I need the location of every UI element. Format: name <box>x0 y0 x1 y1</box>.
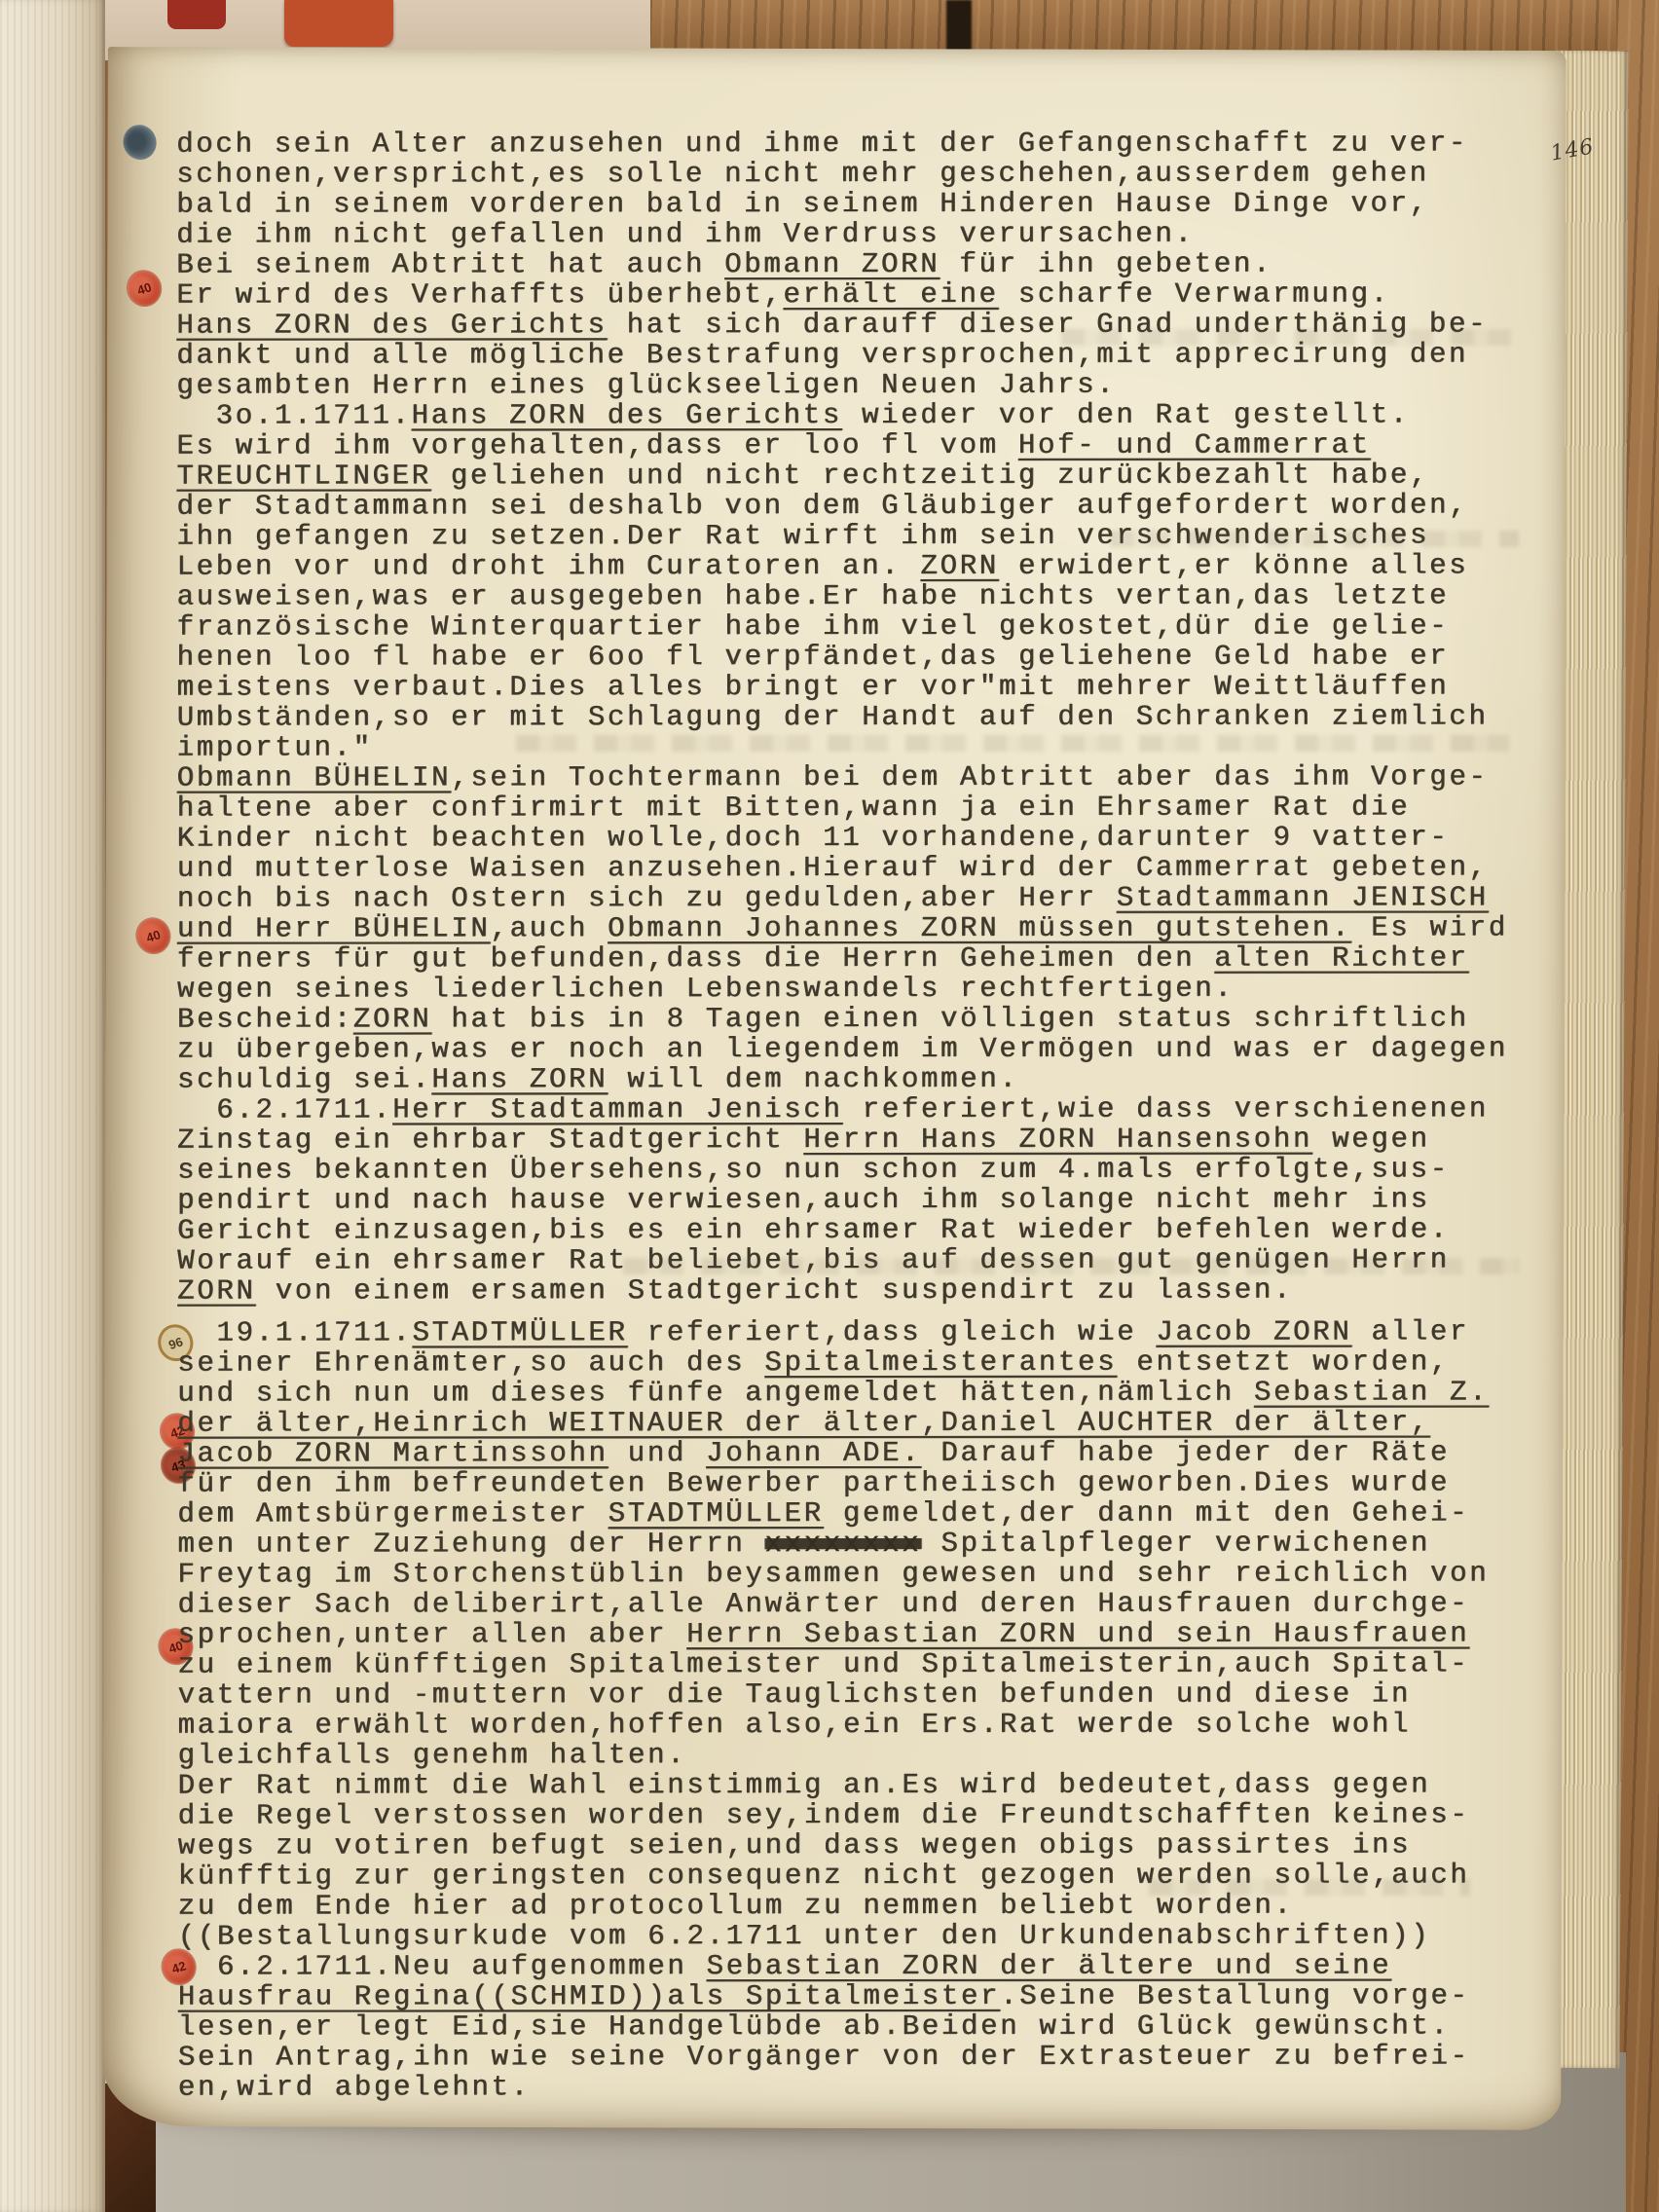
text-line: Bescheid:ZORN hat bis in 8 Tagen einen v… <box>177 1003 1508 1034</box>
text-line: henen loo fl habe er 6oo fl verpfändet,d… <box>177 641 1508 672</box>
margin-stamp: 40 <box>123 267 165 311</box>
text-segment: erwidert,er könne alles <box>999 549 1468 581</box>
text-segment: vattern und -muttern vor die Tauglichste… <box>177 1678 1411 1712</box>
text-segment: Bescheid: <box>177 1003 353 1035</box>
text-segment: gesambten Herrn eines glückseeligen Neue… <box>176 369 1116 402</box>
text-segment: Hof- und Cammerrat <box>1018 429 1371 461</box>
text-line: für den ihm befreundeten Bewerber parthe… <box>177 1467 1508 1498</box>
text-segment: für den ihm befreundeten Bewerber parthe… <box>177 1466 1450 1499</box>
text-segment: der älter,Heinrich WEITNAUER der älter,D… <box>177 1406 1430 1439</box>
text-segment: zu dem Ende hier ad protocollum zu nemme… <box>178 1890 1294 1923</box>
text-line: wegen seines liederlichen Lebenswandels … <box>177 973 1508 1004</box>
text-segment: Obmann BÜHELIN <box>177 761 451 793</box>
text-line: 6.2.1711.Herr Stadtamman Jenisch referie… <box>177 1093 1508 1124</box>
text-segment: referiert,dass gleich wie <box>627 1316 1156 1348</box>
text-segment: 3o.1.1711. <box>176 399 411 431</box>
text-segment: xxxxxxxx <box>764 1528 921 1560</box>
ink-bleed-through <box>1149 1879 1470 1896</box>
typewritten-text: doch sein Alter anzusehen und ihme mit d… <box>176 128 1509 2102</box>
text-line: schuldig sei.Hans ZORN will dem nachkomm… <box>177 1063 1508 1094</box>
text-segment: bald in seinem vorderen bald in seinem H… <box>176 187 1429 220</box>
text-segment: ZORN <box>920 550 998 582</box>
ink-bleed-through <box>1110 531 1519 547</box>
text-line: Er wird des Verhaffts überhebt,erhält ei… <box>176 278 1507 310</box>
text-segment: noch bis nach Ostern sich zu gedulden,ab… <box>177 882 1117 915</box>
text-line: Jacob ZORN Martinssohn und Johann ADE. D… <box>177 1437 1508 1468</box>
text-line: zu übergeben,was er noch an liegendem im… <box>177 1033 1508 1064</box>
text-segment: Leben vor und droht ihm Curatoren an. <box>176 550 920 583</box>
photo-of-archival-book-page: { "page_number": "146", "margin_stamps":… <box>0 0 1659 2212</box>
text-segment: pendirt und nach hause verwiesen,auch ih… <box>177 1183 1430 1216</box>
text-segment: Sein Antrag,ihn wie seine Vorgänger von … <box>178 2040 1470 2073</box>
text-segment: und sich nun um dieses fünfe angemeldet … <box>177 1377 1254 1410</box>
text-line: Der Rat nimmt die Wahl einstimmig an.Es … <box>178 1769 1509 1800</box>
text-line: vattern und -muttern vor die Tauglichste… <box>177 1678 1508 1710</box>
text-segment: meistens verbaut.Dies alles bringt er vo… <box>177 670 1450 703</box>
left-page-stack-edge <box>0 0 105 2212</box>
text-line: Zinstag ein ehrbar Stadtgericht Herrn Ha… <box>177 1124 1508 1155</box>
text-line: doch sein Alter anzusehen und ihme mit d… <box>176 128 1507 159</box>
text-line: sprochen,unter allen aber Herrn Sebastia… <box>177 1618 1508 1649</box>
text-segment: ZORN <box>353 1003 431 1035</box>
text-segment: zu einem künfftigen Spitalmeister und Sp… <box>177 1647 1469 1680</box>
text-segment: ferners für gut befunden,dass die Herrn … <box>177 942 1214 976</box>
text-line: maiora erwählt worden,hoffen also,ein Er… <box>177 1709 1508 1740</box>
text-segment: Gericht einzusagen,bis es ein ehrsamer R… <box>177 1213 1450 1246</box>
text-segment: Hans ZORN des Gerichts <box>412 399 842 431</box>
text-segment: ,auch <box>490 912 608 944</box>
text-line: französische Winterquartier habe ihm vie… <box>176 610 1507 642</box>
text-line: Freytag im Storchenstüblin beysammen gew… <box>177 1558 1508 1589</box>
text-line: Bei seinem Abtritt hat auch Obmann ZORN … <box>176 248 1507 279</box>
text-segment: schuldig sei. <box>177 1063 431 1095</box>
ink-bleed-through <box>516 735 1509 752</box>
text-line: seines bekannten Übersehens,so nun schon… <box>177 1154 1508 1185</box>
text-segment: hat bis in 8 Tagen einen völligen status… <box>431 1002 1468 1035</box>
text-segment: für ihn gebeten. <box>940 248 1272 280</box>
text-segment: Spitalmeisterantes <box>764 1346 1117 1379</box>
text-segment: ,sein Tochtermann bei dem Abtritt aber d… <box>451 760 1488 793</box>
text-line: der Stadtammann sei deshalb von dem Gläu… <box>176 490 1507 521</box>
text-segment: zu übergeben,was er noch an liegendem im… <box>177 1032 1508 1065</box>
text-segment: will dem nachkommen. <box>608 1063 1018 1095</box>
text-line: meistens verbaut.Dies alles bringt er vo… <box>177 671 1508 702</box>
text-segment: Bei seinem Abtritt hat auch <box>176 248 724 280</box>
typewritten-page: 40 40 96 42 43 40 42 146 doch sein Alter… <box>102 47 1567 2130</box>
text-segment: Er wird des Verhaffts überhebt, <box>176 278 783 312</box>
text-segment: die ihm nicht gefallen und ihm Verdruss … <box>176 218 1194 251</box>
text-segment: Es wird ihm vorgehalten,dass er loo fl v… <box>176 429 1017 462</box>
text-segment: Der Rat nimmt die Wahl einstimmig an.Es … <box>178 1768 1431 1801</box>
text-segment: .Seine Bestallung vorge- <box>1000 1979 1469 2011</box>
text-segment: ZORN <box>177 1275 255 1308</box>
text-segment: Jacob ZORN <box>1156 1316 1351 1348</box>
text-line: TREUCHTLINGER geliehen und nicht rechtze… <box>176 460 1507 491</box>
text-segment: von einem ersamen Stadtgericht suspendir… <box>255 1274 1292 1308</box>
text-segment: Herrn Sebastian ZORN und sein Hausfrauen <box>686 1617 1469 1650</box>
text-segment: und Herr BÜHELIN <box>177 912 491 944</box>
text-line: ferners für gut befunden,dass die Herrn … <box>177 942 1508 974</box>
text-segment: 19.1.1711. <box>177 1316 412 1348</box>
text-line: ausweisen,was er ausgegeben habe.Er habe… <box>176 580 1507 611</box>
red-book-cover-tab <box>167 0 226 29</box>
text-segment: Sebastian ZORN der ältere und seine <box>706 1950 1391 1983</box>
text-segment: wegen seines liederlichen Lebenswandels … <box>177 973 1235 1006</box>
text-line: en,wird abgelehnt. <box>178 2071 1509 2102</box>
text-segment: aller <box>1351 1315 1469 1347</box>
text-segment: doch sein Alter anzusehen und ihme mit d… <box>176 127 1468 160</box>
text-line: gleichfalls genehm halten. <box>177 1739 1508 1770</box>
text-segment: geliehen und nicht rechtzeitig zurückbez… <box>431 459 1429 492</box>
text-line: gesambten Herrn eines glückseeligen Neue… <box>176 369 1507 400</box>
margin-stamp: 40 <box>132 914 174 958</box>
text-line: Sein Antrag,ihn wie seine Vorgänger von … <box>178 2041 1509 2072</box>
text-segment: importun." <box>177 731 373 763</box>
text-line: Hausfrau Regina((SCHMID))als Spitalmeist… <box>178 1980 1509 2011</box>
text-line: Gericht einzusagen,bis es ein ehrsamer R… <box>177 1214 1508 1245</box>
text-line: 6.2.1711.Neu aufgenommen Sebastian ZORN … <box>178 1950 1509 1981</box>
margin-stamp-seal <box>119 121 161 165</box>
text-segment: Umbständen,so er mit Schlagung der Handt… <box>177 700 1489 733</box>
text-segment: ausweisen,was er ausgegeben habe.Er habe… <box>176 579 1449 612</box>
text-line: Leben vor und droht ihm Curatoren an. ZO… <box>176 550 1507 581</box>
text-segment: Herrn Hans ZORN Hansensohn <box>803 1124 1312 1156</box>
table-board-gap <box>946 0 972 56</box>
text-segment: Hans ZORN <box>431 1063 608 1095</box>
text-segment: maiora erwählt worden,hoffen also,ein Er… <box>177 1709 1411 1742</box>
text-segment: Johann ADE. <box>706 1437 921 1469</box>
text-segment: Kinder nicht beachten wolle,doch 11 vorh… <box>177 821 1450 854</box>
text-segment: seines bekannten Übersehens,so nun schon… <box>177 1153 1450 1186</box>
text-line: seiner Ehrenämter,so auch des Spitalmeis… <box>177 1346 1508 1378</box>
text-line: die ihm nicht gefallen und ihm Verdruss … <box>176 218 1507 249</box>
text-line: pendirt und nach hause verwiesen,auch ih… <box>177 1184 1508 1215</box>
text-line: Umbständen,so er mit Schlagung der Handt… <box>177 701 1508 732</box>
text-segment: gleichfalls genehm halten. <box>177 1739 686 1771</box>
text-segment: en,wird abgelehnt. <box>178 2071 531 2103</box>
orange-book-cover-tab <box>284 0 393 47</box>
text-segment: wegen <box>1312 1123 1430 1155</box>
text-segment: sprochen,unter allen aber <box>177 1618 686 1650</box>
text-segment: Hans ZORN des Gerichts <box>176 309 607 341</box>
text-line: zu einem künfftigen Spitalmeister und Sp… <box>177 1648 1508 1679</box>
text-segment: Stadtammann JENISCH <box>1117 881 1489 913</box>
text-segment: seiner Ehrenämter,so auch des <box>177 1346 764 1380</box>
text-segment: gemeldet,der dann mit den Gehei- <box>824 1496 1469 1530</box>
text-segment: 6.2.1711. <box>177 1093 392 1125</box>
text-line: 19.1.1711.STADTMÜLLER referiert,dass gle… <box>177 1316 1508 1347</box>
text-segment: Obmann Johannes ZORN müssen gutstehen. <box>608 912 1351 945</box>
text-line: wegs zu votiren befugt seien,und dass we… <box>178 1829 1509 1861</box>
text-segment: Herr Stadtamman Jenisch <box>392 1093 842 1125</box>
text-segment: Es wird <box>1351 911 1508 943</box>
text-line: lesen,er legt Eid,sie Handgelübde ab.Bei… <box>178 2010 1509 2042</box>
text-segment: schonen,verspricht,es solle nicht mehr g… <box>176 157 1429 190</box>
text-segment: 6.2.1711.Neu aufgenommen <box>178 1950 707 1982</box>
text-line: men unter Zuziehung der Herrn xxxxxxxx S… <box>177 1528 1508 1559</box>
text-segment: haltene aber confirmirt mit Bitten,wann … <box>177 792 1411 825</box>
text-segment: henen loo fl habe er 6oo fl verpfändet,d… <box>177 640 1450 673</box>
text-segment: Freytag im Storchenstüblin beysammen gew… <box>177 1557 1489 1590</box>
text-segment: französische Winterquartier habe ihm vie… <box>176 609 1449 643</box>
text-segment: scharfe Verwarmung. <box>999 278 1390 311</box>
text-segment: men unter Zuziehung der Herrn <box>177 1528 764 1561</box>
text-segment: Hausfrau Regina((SCHMID))als Spitalmeist… <box>178 1980 1000 2013</box>
text-line: bald in seinem vorderen bald in seinem H… <box>176 188 1507 219</box>
text-segment: STADTMÜLLER <box>608 1497 824 1530</box>
text-segment: alten Richter <box>1214 941 1468 974</box>
text-segment: und <box>608 1437 706 1469</box>
text-line: Kinder nicht beachten wolle,doch 11 vorh… <box>177 822 1508 853</box>
text-line: schonen,verspricht,es solle nicht mehr g… <box>176 158 1507 189</box>
text-line: und Herr BÜHELIN,auch Obmann Johannes ZO… <box>177 912 1508 943</box>
text-line: und sich nun um dieses fünfe angemeldet … <box>177 1377 1508 1408</box>
text-segment: entsetzt worden, <box>1117 1346 1450 1378</box>
text-segment: die Regel verstossen worden sey,indem di… <box>178 1798 1470 1831</box>
text-segment: Zinstag ein ehrbar Stadtgericht <box>177 1124 803 1157</box>
text-segment: der Stadtammann sei deshalb von dem Gläu… <box>176 489 1468 522</box>
text-line: die Regel verstossen worden sey,indem di… <box>178 1799 1509 1830</box>
text-segment: Obmann ZORN <box>724 248 940 280</box>
text-segment: TREUCHTLINGER <box>176 460 430 492</box>
text-segment: Sebastian Z. <box>1254 1376 1489 1408</box>
ink-bleed-through <box>623 1258 1519 1274</box>
text-line: haltene aber confirmirt mit Bitten,wann … <box>177 792 1508 823</box>
text-line: 3o.1.1711.Hans ZORN des Gerichts wieder … <box>176 399 1507 430</box>
text-line: Es wird ihm vorgehalten,dass er loo fl v… <box>176 429 1507 461</box>
text-segment: wegs zu votiren befugt seien,und dass we… <box>178 1829 1412 1862</box>
text-segment: Spitalpfleger verwichenen <box>921 1527 1430 1559</box>
text-line: Obmann BÜHELIN,sein Tochtermann bei dem … <box>177 761 1508 793</box>
text-line: dem Amtsbürgermeister STADTMÜLLER gemeld… <box>177 1497 1508 1529</box>
text-segment: dem Amtsbürgermeister <box>177 1497 608 1530</box>
text-line: dieser Sach deliberirt,alle Anwärter und… <box>177 1588 1508 1619</box>
text-segment: lesen,er legt Eid,sie Handgelübde ab.Bei… <box>178 2009 1451 2043</box>
text-line: ZORN von einem ersamen Stadtgericht susp… <box>177 1274 1508 1306</box>
text-segment: ((Bestallungsurkude vom 6.2.1711 unter d… <box>178 1919 1431 1952</box>
text-line: ((Bestallungsurkude vom 6.2.1711 unter d… <box>178 1920 1509 1951</box>
ink-bleed-through <box>1061 329 1519 346</box>
text-line: noch bis nach Ostern sich zu gedulden,ab… <box>177 882 1508 913</box>
text-segment: dieser Sach deliberirt,alle Anwärter und… <box>177 1587 1469 1620</box>
text-segment: Jacob ZORN Martinssohn <box>177 1437 608 1469</box>
text-segment: STADTMÜLLER <box>412 1316 627 1348</box>
text-line: und mutterlose Waisen anzusehen.Hierauf … <box>177 852 1508 883</box>
text-segment: erhält eine <box>783 278 998 311</box>
text-segment: und mutterlose Waisen anzusehen.Hierauf … <box>177 851 1489 884</box>
text-segment: wieder vor den Rat gestellt. <box>842 399 1410 432</box>
text-segment: referiert,wie dass verschienenen <box>842 1092 1488 1125</box>
text-segment: Darauf habe jeder der Räte <box>921 1436 1450 1468</box>
text-line: der älter,Heinrich WEITNAUER der älter,D… <box>177 1407 1508 1438</box>
